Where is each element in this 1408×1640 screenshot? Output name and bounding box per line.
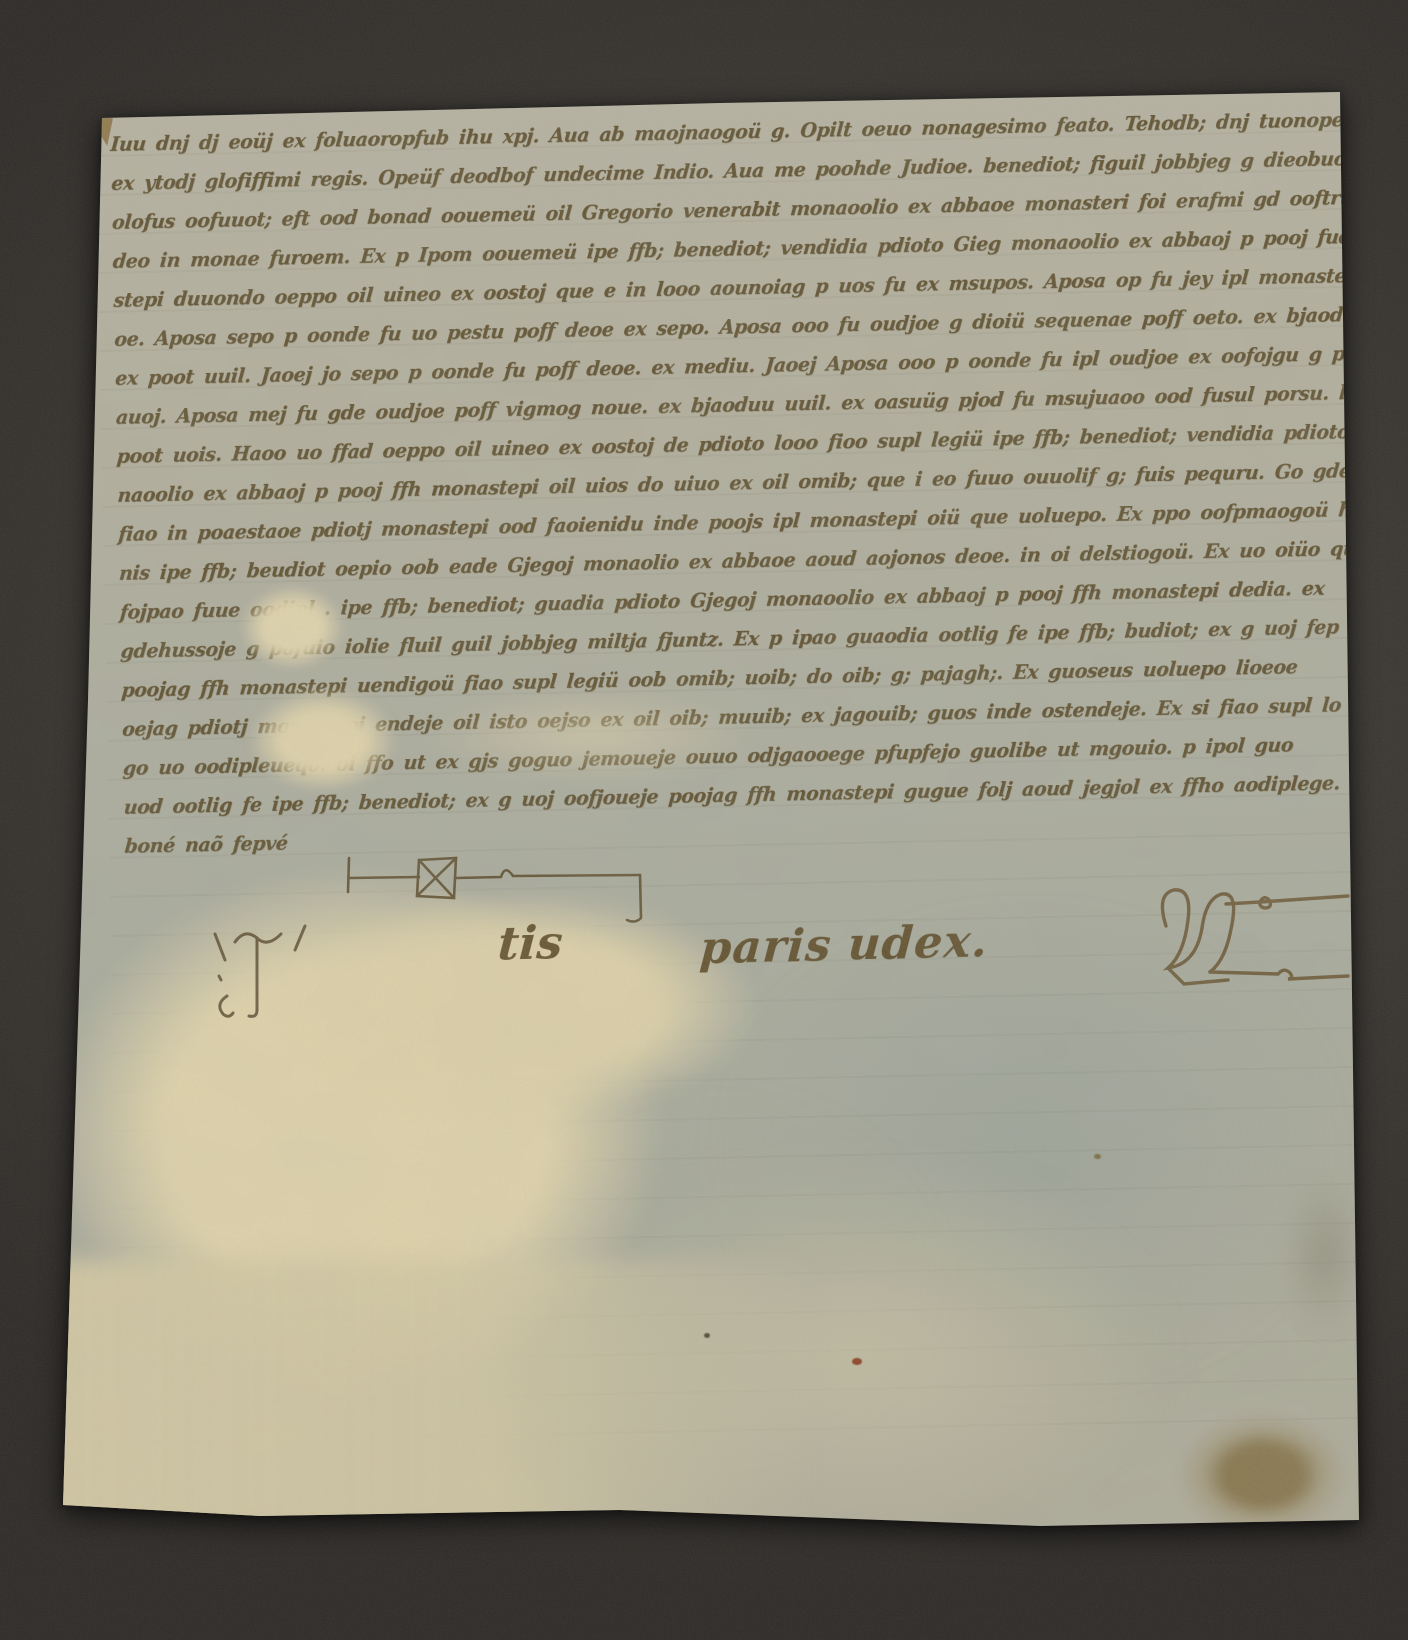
brown-stain-bottom-right [1178,1412,1348,1537]
w-monogram-icon [1138,868,1354,996]
parchment-wrap: Iuu dnj dj eoüj ex foluaoropfub ihu xpj.… [0,0,1408,1640]
tau-cross-mark-icon [205,918,321,1030]
notary-signum-icon [335,852,655,936]
parchment-sheet: Iuu dnj dj eoüj ex foluaoropfub ihu xpj.… [0,0,1408,1640]
signature-name-word: paris [698,918,833,974]
charter-text-block: Iuu dnj dj eoüj ex foluaoropfub ihu xpj.… [108,101,1363,867]
dark-speck [704,1333,710,1338]
photograph-stage: Iuu dnj dj eoüj ex foluaoropfub ihu xpj.… [0,0,1408,1640]
signature-title-word: udex. [846,914,990,970]
manuscript-colophon-line: boné naõ fepvé [123,823,346,866]
red-speck [852,1358,862,1365]
brown-speck [1094,1154,1101,1159]
